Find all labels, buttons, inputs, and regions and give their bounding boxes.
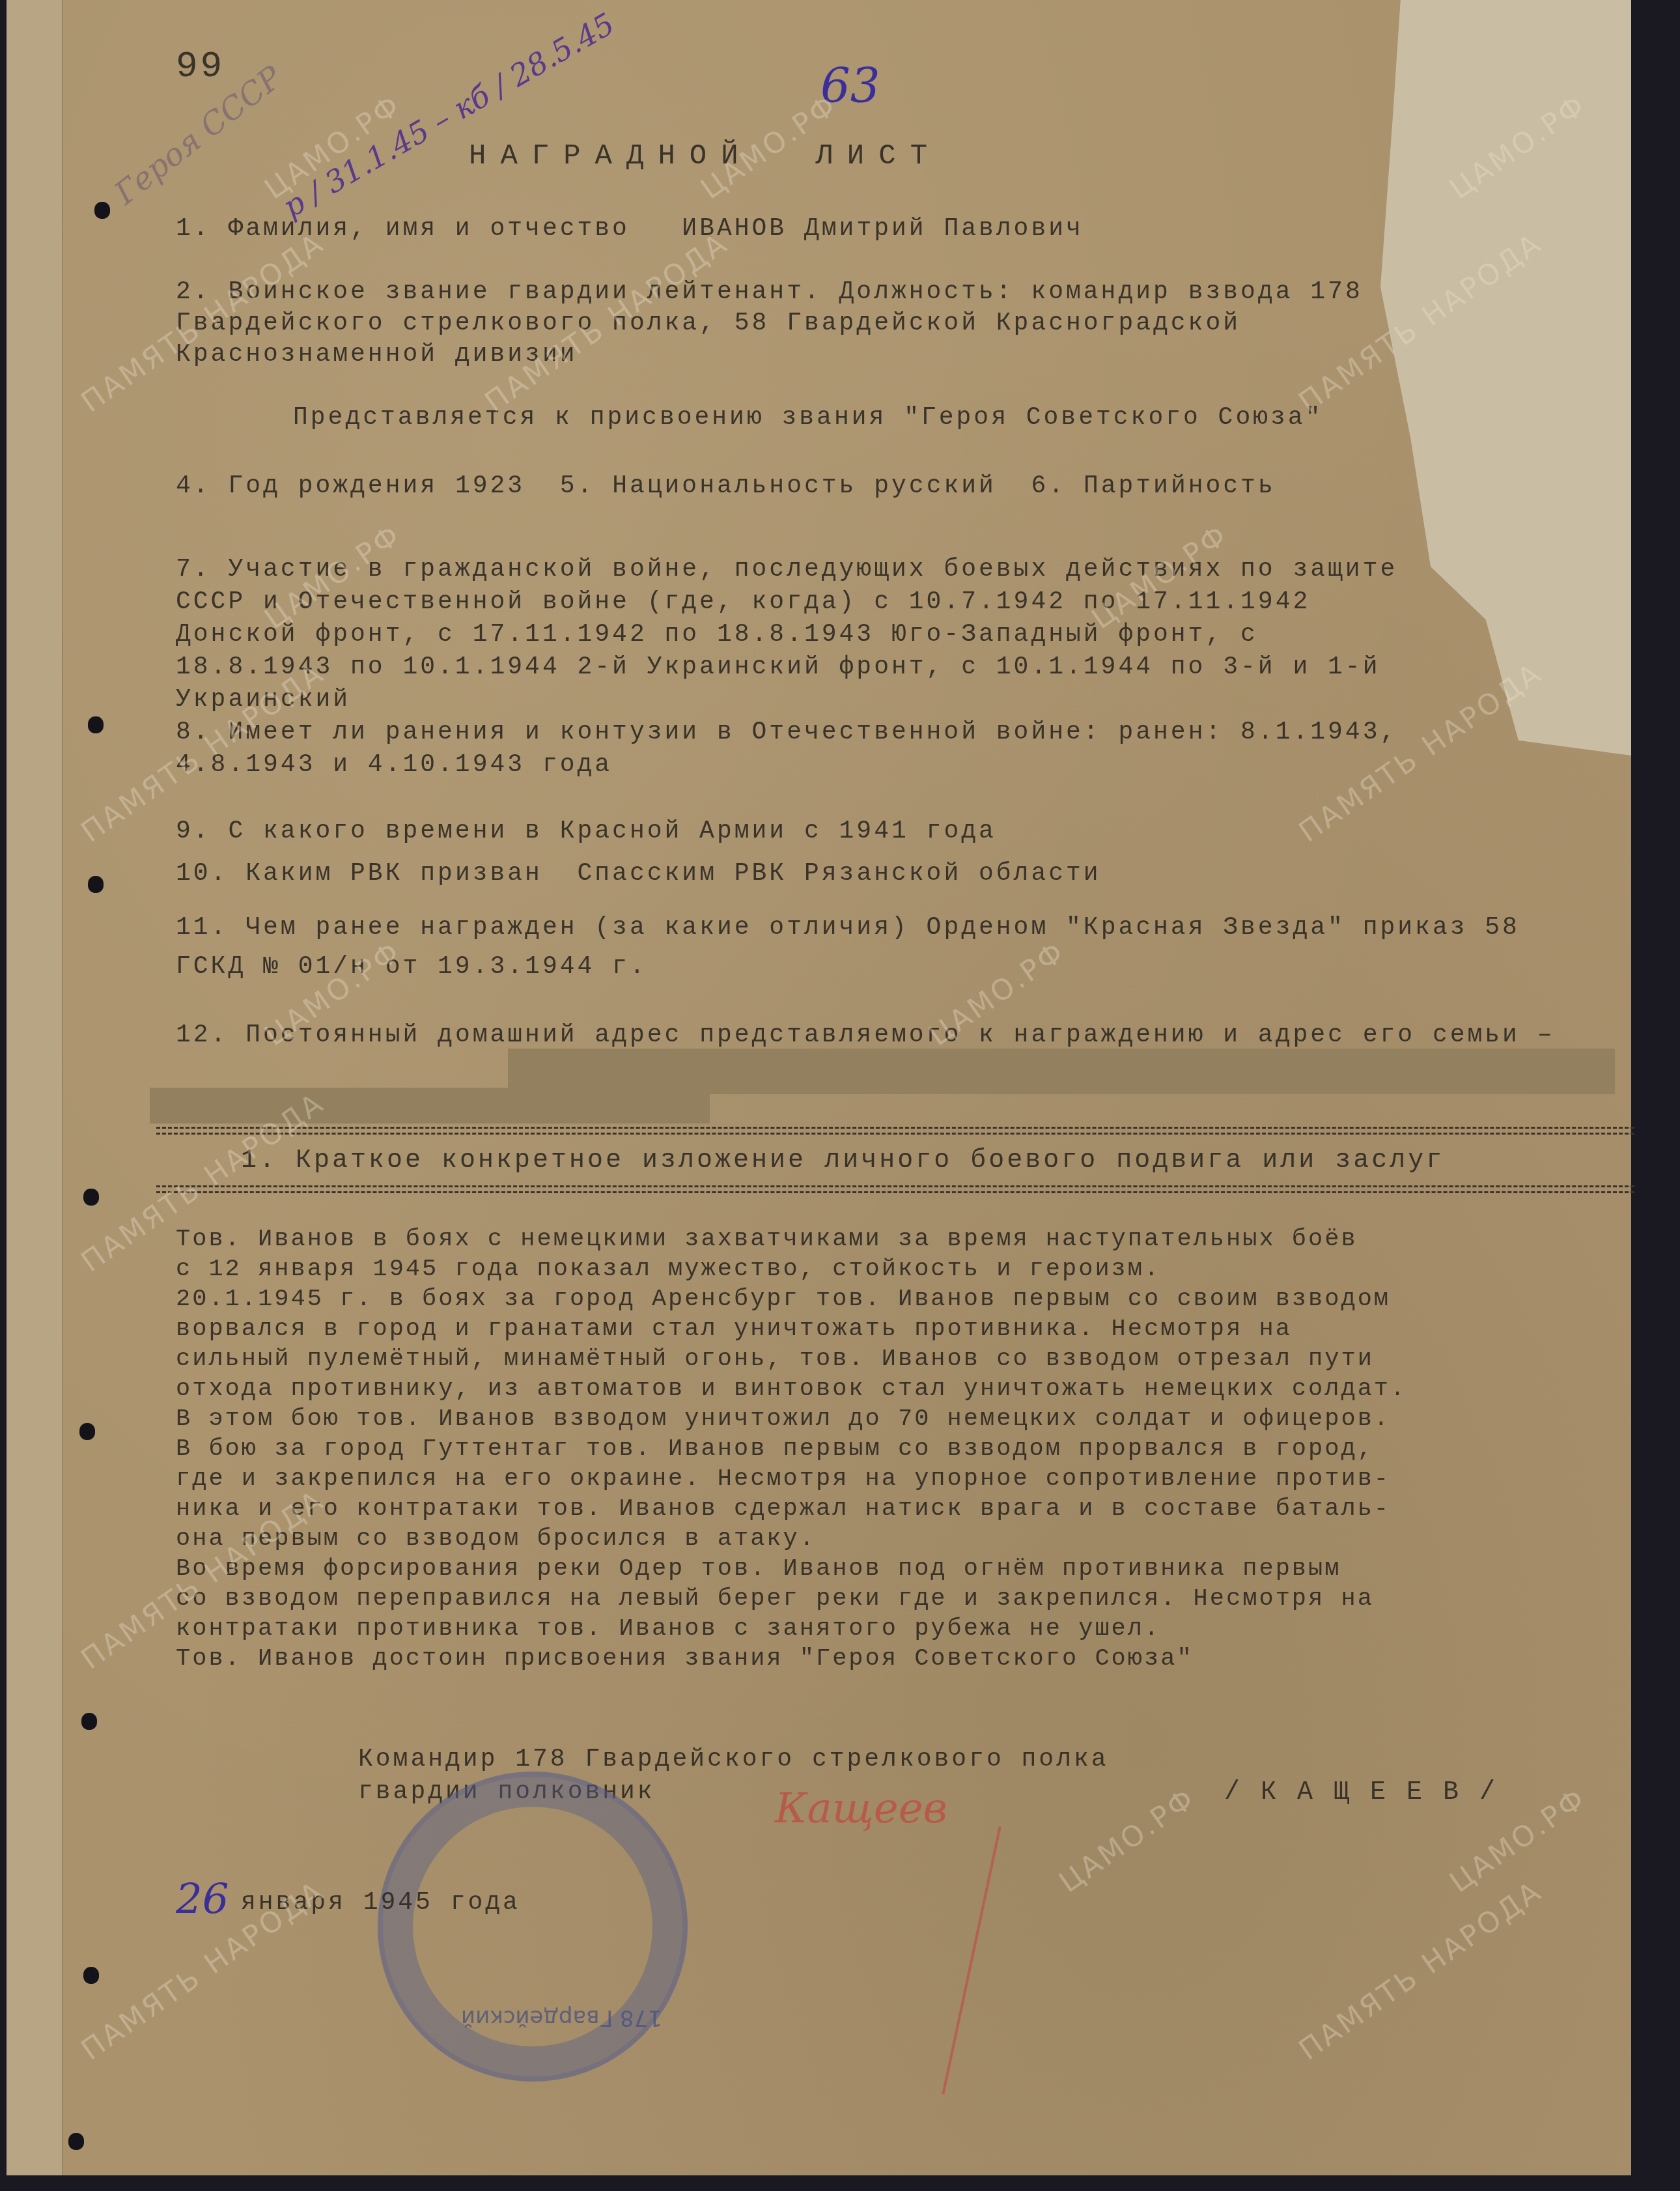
binding-margin	[7, 0, 63, 2175]
narrative-line: с 12 января 1945 года показал мужество, …	[176, 1254, 1647, 1284]
narrative-line: ворвался в город и гранатами стал уничто…	[176, 1314, 1647, 1344]
narrative-line: ника и его контратаки тов. Иванов сдержа…	[176, 1494, 1647, 1524]
punch-hole-icon	[88, 716, 104, 733]
field-8: 8. Имеет ли ранения и контузии в Отечест…	[176, 716, 1543, 782]
award-sheet-page: 99 63 Героя СССР р / 31.1.45 – кб / 28.5…	[7, 0, 1631, 2175]
narrative-line: 20.1.1945 г. в боях за город Аренсбург т…	[176, 1284, 1647, 1314]
field-10: 10. Каким РВК призван Спасским РВК Рязан…	[176, 860, 1101, 888]
punch-hole-icon	[83, 1967, 99, 1984]
signer-title: Командир 178 Гвардейского стрелкового по…	[358, 1746, 1109, 1774]
regiment-seal-stamp: 178 Гвардейский	[378, 1772, 688, 2082]
narrative-block: Тов. Иванов в боях с немецкими захватчик…	[176, 1224, 1647, 1674]
stamp-text: 178 Гвардейский	[461, 2005, 662, 2031]
watermark: ЦАМО.РФ	[1053, 1781, 1202, 1899]
punch-hole-icon	[83, 1189, 99, 1206]
redaction-block	[150, 1088, 710, 1124]
field-2: 2. Воинское звание гвардии лейтенант. До…	[176, 277, 1374, 371]
archive-page-number: 99	[176, 46, 225, 87]
torn-corner	[1380, 0, 1631, 756]
watermark: ПАМЯТЬ НАРОДА	[1293, 1874, 1548, 2067]
narrative-line: где и закрепился на его окраине. Несмотр…	[176, 1464, 1647, 1494]
narrative-line: Тов. Иванов в боях с немецкими захватчик…	[176, 1224, 1647, 1254]
field-nomination: Представляется к присвоению звания "Геро…	[293, 404, 1323, 432]
punch-hole-icon	[88, 876, 104, 893]
signer-name: / К А Щ Е Е В /	[1224, 1778, 1498, 1807]
narrative-line: отхода противнику, из автоматов и винтов…	[176, 1374, 1647, 1404]
punch-hole-icon	[68, 2133, 84, 2150]
narrative-line: В этом бою тов. Иванов взводом уничтожил…	[176, 1404, 1647, 1434]
narrative-line: сильный пулемётный, минамётный огонь, то…	[176, 1344, 1647, 1374]
narrative-line: Тов. Иванов достоин присвоения звания "Г…	[176, 1644, 1647, 1674]
punch-hole-icon	[79, 1423, 95, 1440]
red-pencil-mark	[942, 1826, 1001, 2095]
divider-rule	[156, 1127, 1634, 1135]
narrative-line: со взводом переправился на левый берег р…	[176, 1584, 1647, 1614]
field-4-5-6: 4. Год рождения 1923 5. Национальность р…	[176, 472, 1276, 500]
divider-rule	[156, 1185, 1634, 1193]
document-title: НАГРАДНОЙ ЛИСТ	[469, 140, 942, 173]
field-7: 7. Участие в гражданской войне, последую…	[176, 554, 1413, 716]
narrative-line: контратаки противника тов. Иванов с заня…	[176, 1614, 1647, 1644]
handwritten-signature: Кащеев	[775, 1785, 947, 1833]
date-day-handwritten: 26	[176, 1876, 229, 1924]
section-heading: 1. Краткое конкретное изложение личного …	[241, 1146, 1444, 1176]
field-9: 9. С какого времени в Красной Армии с 19…	[176, 817, 996, 845]
punch-hole-icon	[94, 202, 110, 219]
registration-note: р / 31.1.45 – кб / 28.5.45	[277, 6, 620, 225]
punch-hole-icon	[81, 1713, 97, 1730]
narrative-line: В бою за город Гуттентаг тов. Иванов пер…	[176, 1434, 1647, 1464]
narrative-line: она первым со взводом бросился в атаку.	[176, 1524, 1647, 1554]
narrative-line: Во время форсирования реки Одер тов. Ива…	[176, 1554, 1647, 1584]
